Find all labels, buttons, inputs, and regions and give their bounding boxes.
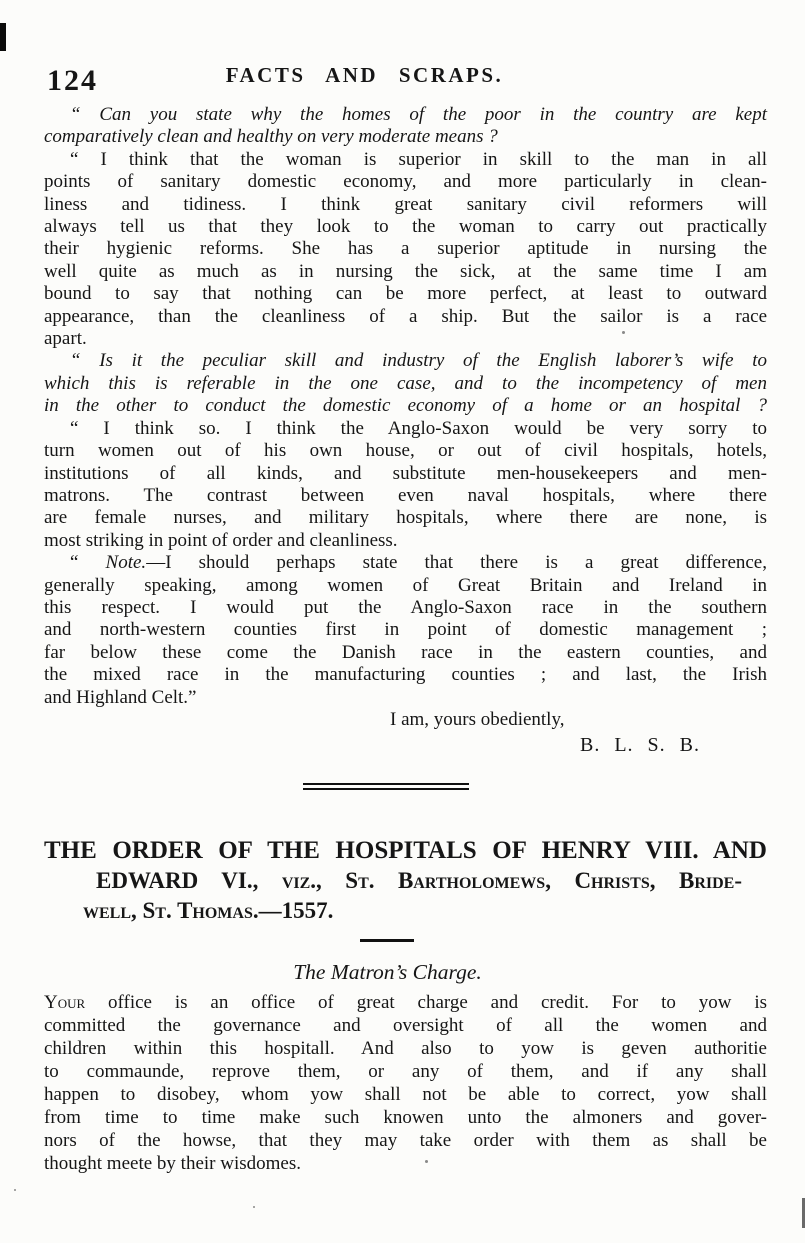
letter-closing: I am, yours obediently,	[44, 709, 767, 731]
charge-paragraph: Your office is an office of great charge…	[44, 991, 767, 1175]
letter-note: “ Note.—I should perhaps state that ther…	[44, 552, 767, 709]
charge-first-line: Your office is an office of great charge…	[44, 991, 767, 1014]
note-continuation: generally speaking, among women of Great…	[44, 575, 767, 709]
section-heading-line-2: EDWARD VI., viz., St. Bartholomews, Chri…	[96, 866, 742, 896]
scan-speck	[425, 1160, 428, 1163]
heading-rule	[360, 939, 414, 942]
scanned-page: 124 FACTS AND SCRAPS. “ Can you state wh…	[0, 0, 805, 1243]
note-open-quote: “	[70, 552, 106, 573]
section-heading-line-3: well, St. Thomas.—1557.	[83, 896, 767, 926]
note-first-line-text: —I should perhaps state that there is a …	[146, 552, 767, 573]
charge-first-line-text: office is an office of great charge and …	[85, 992, 767, 1013]
letter-signature: B. L. S. B.	[44, 734, 767, 756]
running-head: FACTS AND SCRAPS.	[0, 63, 767, 88]
scan-speck	[14, 1189, 16, 1191]
subsection-title: The Matron’s Charge.	[26, 961, 749, 983]
scan-edge-artifact	[0, 23, 6, 51]
scan-speck	[253, 1206, 255, 1208]
section-heading-line-1: THE ORDER OF THE HOSPITALS OF HENRY VIII…	[44, 836, 767, 866]
section-heading: THE ORDER OF THE HOSPITALS OF HENRY VIII…	[44, 836, 767, 926]
note-first-line: “ Note.—I should perhaps state that ther…	[44, 552, 767, 574]
letter-answer-2: “ I think so. I think the Anglo-Saxon wo…	[44, 418, 767, 552]
page-body: “ Can you state why the homes of the poo…	[44, 104, 767, 1175]
section-divider-rule	[303, 783, 469, 790]
letter-answer-1: “ I think that the woman is superior in …	[44, 149, 767, 351]
charge-lead: Your	[44, 992, 85, 1013]
scan-speck	[622, 331, 625, 334]
letter-question-1: “ Can you state why the homes of the poo…	[44, 104, 767, 149]
note-lead: Note.	[106, 552, 147, 573]
letter-question-2: “ Is it the peculiar skill and industry …	[44, 350, 767, 417]
charge-continuation: committed the governance and oversight o…	[44, 1014, 767, 1175]
